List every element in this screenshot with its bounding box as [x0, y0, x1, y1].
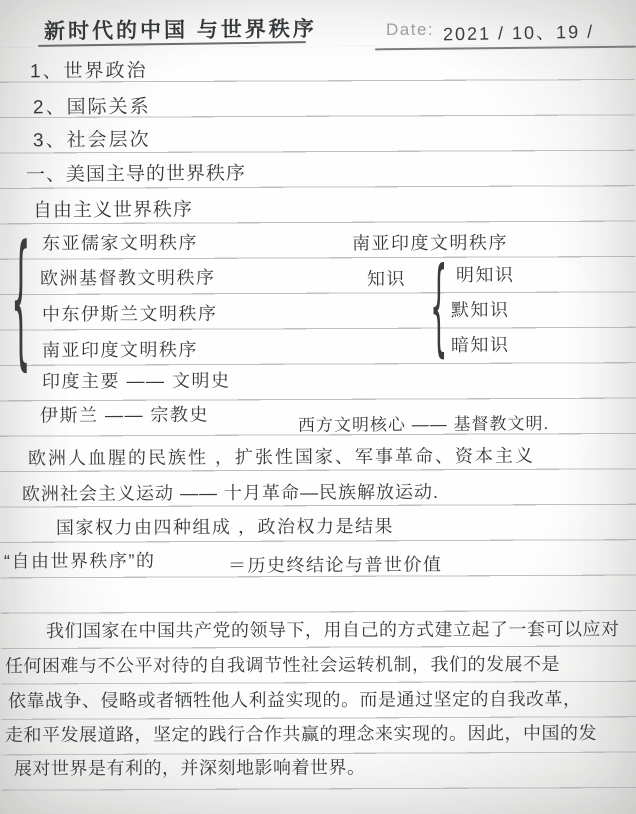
note-europe-socialism: 欧洲社会主义运动 —— 十月革命—民族解放运动.: [22, 478, 439, 506]
civilizations-brace: {: [11, 216, 30, 388]
section-subheading: 自由主义世界秩序: [33, 194, 193, 222]
civilization-item-4: 南亚印度文明秩序: [42, 336, 198, 363]
page-title: 新时代的中国 与世界秩序: [44, 13, 317, 46]
note-free-world-value: ＝历史终结论与普世价值: [228, 550, 443, 577]
note-india: 印度主要 —— 文明史: [42, 367, 231, 394]
outline-item-2: 2、国际关系: [33, 92, 151, 120]
note-islam: 伊斯兰 —— 宗教史: [40, 401, 209, 428]
paragraph-line-2: 任何困难与不公平对待的自我调节性社会运转机制，我们的发展不是: [5, 650, 560, 678]
civilization-item-3: 中东伊斯兰文明秩序: [42, 300, 218, 327]
knowledge-brace: {: [430, 246, 447, 370]
paragraph-line-1: 我们国家在中国共产党的领导下，用自己的方式建立起了一套可以应对: [46, 615, 620, 643]
knowledge-type-3: 暗知识: [451, 331, 510, 357]
note-europe-nature: 欧洲人血腥的民族性 ，扩张性国家、军事革命、资本主义: [28, 442, 535, 471]
date-value: 2021 / 10、19 /: [443, 18, 595, 47]
civilization-item-1: 东亚儒家文明秩序: [42, 229, 198, 256]
notebook-page: 新时代的中国 与世界秩序 Date: 2021 / 10、19 / 1、世界政治…: [0, 0, 636, 814]
paragraph-line-5: 展对世界是有利的，并深刻地影响着世界。: [14, 753, 366, 780]
note-state-power: 国家权力由四种组成 ，政治权力是结果: [56, 512, 394, 540]
outline-item-3: 3、社会层次: [33, 125, 151, 153]
outline-item-1: 1、世界政治: [30, 56, 148, 84]
knowledge-type-1: 明知识: [456, 261, 515, 287]
knowledge-label: 知识: [367, 265, 406, 291]
civilization-item-2: 欧洲基督教文明秩序: [40, 264, 216, 291]
date-label: Date:: [386, 20, 434, 40]
section-heading: 一、美国主导的世界秩序: [26, 158, 246, 187]
paragraph-line-3: 依靠战争、侵略或者牺牲他人利益实现的。而是通过坚定的自我改革，: [8, 685, 582, 713]
note-free-world: “自由世界秩序”的: [4, 547, 156, 574]
note-west-core: 西方文明核心 —— 基督教文明.: [298, 409, 549, 436]
knowledge-type-2: 默知识: [451, 296, 510, 322]
paragraph-line-4: 走和平发展道路，坚定的践行合作共赢的理念来实现的。因此，中国的发: [5, 719, 597, 747]
